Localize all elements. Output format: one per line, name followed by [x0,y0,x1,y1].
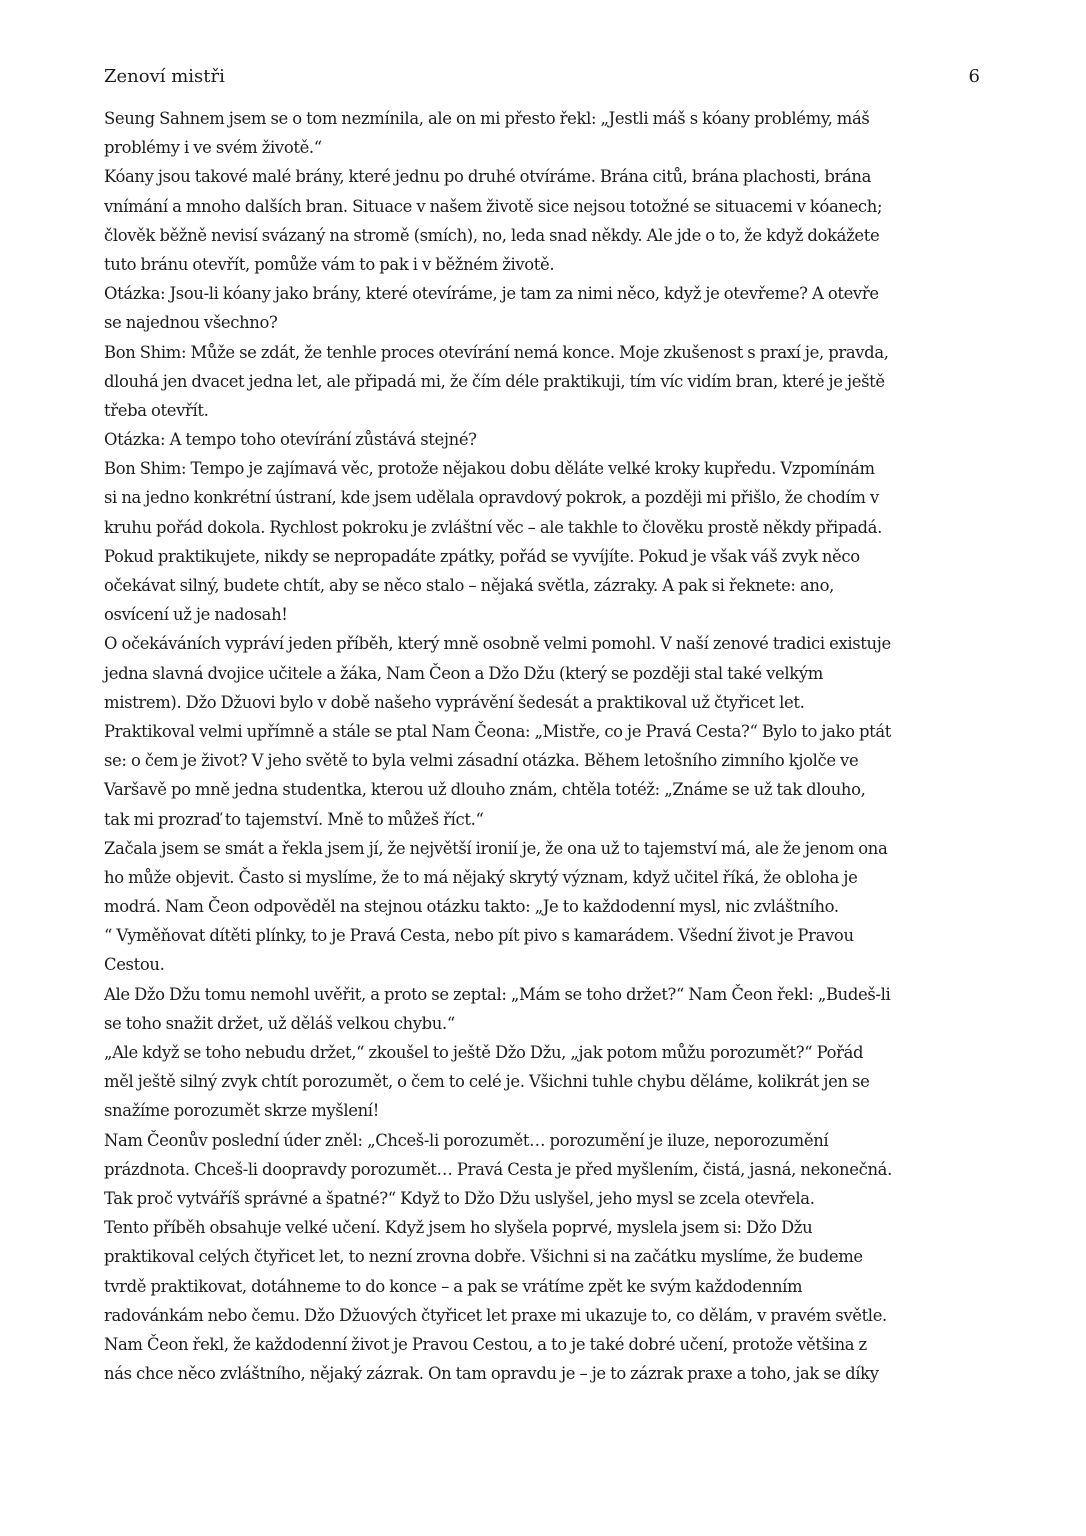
text-line: Seung Sahnem jsem se o tom nezmínila, al… [104,104,984,133]
text-line: očekávat silný, budete chtít, aby se něc… [104,571,984,600]
text-line: Začala jsem se smát a řekla jsem jí, že … [104,834,984,863]
text-line: se toho snažit držet, už děláš velkou ch… [104,1009,984,1038]
text-line: tak mi prozraď to tajemství. Mně to může… [104,805,984,834]
text-line: praktikoval celých čtyřicet let, to nezn… [104,1242,984,1271]
text-line: tvrdě praktikovat, dotáhneme to do konce… [104,1272,984,1301]
body-text: Seung Sahnem jsem se o tom nezmínila, al… [104,104,984,1388]
text-line: Bon Shim: Může se zdát, že tenhle proces… [104,338,984,367]
text-line: Nam Čeon řekl, že každodenní život je Pr… [104,1330,984,1359]
text-line: Ale Džo Džu tomu nemohl uvěřit, a proto … [104,980,984,1009]
text-line: člověk běžně nevisí svázaný na stromě (s… [104,221,984,250]
text-line: tuto bránu otevřít, pomůže vám to pak i … [104,250,984,279]
text-line: “ Vyměňovat dítěti plínky, to je Pravá C… [104,921,984,950]
text-line: Varšavě po mně jedna studentka, kterou u… [104,775,984,804]
text-line: Otázka: A tempo toho otevírání zůstává s… [104,425,984,454]
text-line: měl ještě silný zvyk chtít porozumět, o … [104,1067,984,1096]
page-number: 6 [969,66,980,87]
text-line: nás chce něco zvláštního, nějaký zázrak.… [104,1359,984,1388]
text-line: Cestou. [104,950,984,979]
text-line: dlouhá jen dvacet jedna let, ale připadá… [104,367,984,396]
text-line: Pokud praktikujete, nikdy se nepropadáte… [104,542,984,571]
text-line: si na jedno konkrétní ústraní, kde jsem … [104,483,984,512]
document-page: Zenoví mistři 6 Seung Sahnem jsem se o t… [0,0,1086,1536]
text-line: Praktikoval velmi upřímně a stále se pta… [104,717,984,746]
text-line: modrá. Nam Čeon odpověděl na stejnou otá… [104,892,984,921]
text-line: O očekáváních vypráví jeden příběh, kter… [104,629,984,658]
text-line: Otázka: Jsou-li kóany jako brány, které … [104,279,984,308]
text-line: kruhu pořád dokola. Rychlost pokroku je … [104,513,984,542]
text-line: Tento příběh obsahuje velké učení. Když … [104,1213,984,1242]
text-line: radovánkám nebo čemu. Džo Džuových čtyři… [104,1301,984,1330]
text-line: třeba otevřít. [104,396,984,425]
text-line: Kóany jsou takové malé brány, které jedn… [104,162,984,191]
text-line: se: o čem je život? V jeho světě to byla… [104,746,984,775]
text-line: „Ale když se toho nebudu držet,“ zkoušel… [104,1038,984,1067]
chapter-title: Zenoví mistři [104,66,225,87]
text-line: vnímání a mnoho dalších bran. Situace v … [104,192,984,221]
text-line: Nam Čeonův poslední úder zněl: „Chceš-li… [104,1126,984,1155]
text-line: jedna slavná dvojice učitele a žáka, Nam… [104,659,984,688]
running-header: Zenoví mistři 6 [104,66,980,96]
text-line: mistrem). Džo Džuovi bylo v době našeho … [104,688,984,717]
text-line: se najednou všechno? [104,308,984,337]
text-line: snažíme porozumět skrze myšlení! [104,1096,984,1125]
text-line: Tak proč vytváříš správné a špatné?“ Kdy… [104,1184,984,1213]
text-line: problémy i ve svém životě.“ [104,133,984,162]
text-line: osvícení už je nadosah! [104,600,984,629]
text-line: ho může objevit. Často si myslíme, že to… [104,863,984,892]
text-line: prázdnota. Chceš-li doopravdy porozumět…… [104,1155,984,1184]
text-line: Bon Shim: Tempo je zajímavá věc, protože… [104,454,984,483]
